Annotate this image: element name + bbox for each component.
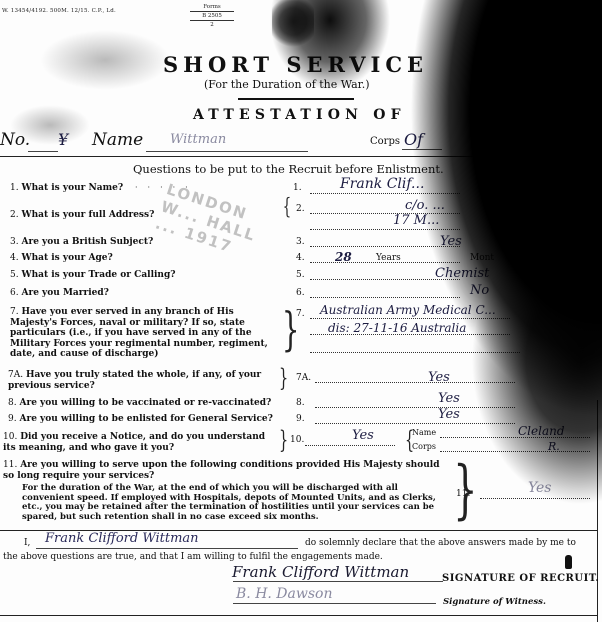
brace: { — [283, 197, 291, 219]
name-field-line — [146, 151, 308, 152]
notice-name-label: Name — [412, 428, 436, 439]
answer-1-value: Frank Clif... — [340, 176, 424, 192]
name-value: Wittman — [170, 132, 226, 147]
answer-6-line — [310, 297, 460, 298]
answer-8-num: 8. — [296, 398, 305, 408]
paper-stain — [40, 30, 170, 90]
royal-crest-icon — [272, 0, 314, 48]
page-border — [597, 400, 598, 622]
answer-3-line — [310, 246, 460, 247]
question-1: 1. What is your Name? — [10, 183, 123, 194]
questions-heading: Questions to be put to the Recruit befor… — [133, 162, 444, 176]
question-11-conditions: For the duration of the War, at the end … — [22, 484, 447, 522]
answer-6-value: No — [470, 283, 489, 298]
form-code: Forms B 2505 2 — [190, 4, 234, 28]
declaration-text-line1: do solemnly declare that the above answe… — [305, 538, 576, 548]
witness-signature-label: Signature of Witness. — [443, 597, 546, 607]
number-mark: ¥ — [58, 130, 68, 149]
form-code-bottom: 2 — [190, 22, 234, 28]
declaration-name: Frank Clifford Wittman — [45, 531, 199, 546]
answer-11-line — [480, 498, 590, 499]
form-code-top: Forms — [190, 4, 234, 10]
name-label: Name — [92, 130, 143, 150]
answer-4-num: 4. — [296, 253, 305, 263]
answer-8-line — [315, 407, 515, 408]
answer-2-num: 2. — [296, 204, 305, 214]
form-subtitle: (For the Duration of the War.) — [204, 78, 370, 91]
form-heading: ATTESTATION OF — [193, 107, 406, 123]
corps-field-line — [402, 149, 442, 150]
answer-7-num: 7. — [296, 309, 305, 319]
answer-9-value: Yes — [438, 407, 460, 422]
answer-10-line — [305, 445, 395, 446]
recruit-signature: Frank Clifford Wittman — [232, 563, 409, 581]
answer-7a-line — [315, 382, 515, 383]
answer-1-line — [310, 193, 460, 194]
answer-2-line2 — [310, 229, 460, 230]
answer-4-unit: Years — [376, 253, 401, 264]
question-6: 6. Are you Married? — [10, 288, 109, 299]
title-divider — [238, 98, 354, 100]
declaration-prefix: I, — [24, 538, 30, 548]
answer-5-value: Chemist — [435, 266, 489, 281]
header-divider — [0, 156, 602, 157]
witness-signature-line — [233, 603, 436, 604]
print-code: W. 13454/4192. 500M. 12/15. C.P., Ld. — [2, 8, 116, 14]
answer-5-num: 5. — [296, 270, 305, 280]
answer-2-value: c/o. ... — [405, 198, 445, 213]
answer-7a-num: 7A. — [296, 373, 311, 383]
question-9: 9. Are you willing to be enlisted for Ge… — [8, 414, 273, 425]
question-7a: 7A. Have you truly stated the whole, if … — [8, 370, 280, 391]
number-label: No. — [0, 130, 30, 150]
notice-name-line — [440, 437, 590, 438]
question-4: 4. What is your Age? — [10, 253, 113, 264]
witness-signature: B. H. Dawson — [236, 586, 332, 602]
answer-7-line3 — [310, 352, 520, 353]
answer-7a-value: Yes — [428, 370, 450, 385]
answer-7-line — [310, 318, 510, 319]
answer-2-value-line2: 17 M... — [393, 213, 439, 228]
declaration-name-line — [36, 548, 298, 549]
question-10: 10. Did you receive a Notice, and do you… — [3, 432, 275, 453]
answer-6-num: 6. — [296, 288, 305, 298]
declaration-text-line2: the above questions are true, and that I… — [3, 552, 383, 562]
notice-corps-line — [440, 451, 590, 452]
answer-3-value: Yes — [440, 234, 462, 249]
answer-8-value: Yes — [438, 391, 460, 406]
attestation-form: W. 13454/4192. 500M. 12/15. C.P., Ld. Fo… — [0, 0, 602, 622]
question-2: 2. What is your full Address? — [10, 210, 154, 221]
question-3: 3. Are you a British Subject? — [10, 237, 153, 248]
bottom-divider — [0, 615, 598, 616]
answer-11-value: Yes — [528, 480, 552, 496]
ink-blot — [565, 555, 572, 569]
answer-7-value-line2: dis: 27-11-16 Australia — [328, 321, 466, 335]
answer-11-num: 11. — [456, 489, 470, 499]
recruit-signature-line — [233, 581, 443, 582]
brace: } — [279, 366, 288, 390]
notice-name-value: Cleland — [518, 424, 565, 438]
corps-value: Of — [404, 130, 423, 149]
answer-4-months-label: Mont — [470, 253, 494, 264]
answer-9-line — [315, 423, 515, 424]
answer-4-age: 28 — [335, 250, 352, 264]
answer-1-num: 1. — [293, 183, 302, 193]
number-field-line — [28, 151, 58, 152]
question-8: 8. Are you willing to be vaccinated or r… — [8, 398, 271, 409]
answer-10-value: Yes — [352, 428, 374, 443]
answer-3-num: 3. — [296, 237, 305, 247]
question-11: 11. Are you willing to serve upon the fo… — [3, 460, 447, 481]
notice-corps-value: R. — [548, 440, 560, 453]
answer-9-num: 9. — [296, 414, 305, 424]
recruit-signature-label: SIGNATURE OF RECRUIT. — [442, 573, 599, 584]
corps-label: Corps — [370, 136, 400, 147]
date-stamp: LONDON W... HALL ... 1917 — [136, 180, 284, 322]
answer-10-num: 10. — [290, 435, 304, 445]
form-title: SHORT SERVICE — [163, 52, 428, 77]
notice-corps-label: Corps — [412, 442, 436, 453]
answer-7-value: Australian Army Medical C... — [320, 303, 496, 317]
form-code-middle: B 2505 — [190, 13, 234, 19]
brace: } — [279, 428, 288, 452]
